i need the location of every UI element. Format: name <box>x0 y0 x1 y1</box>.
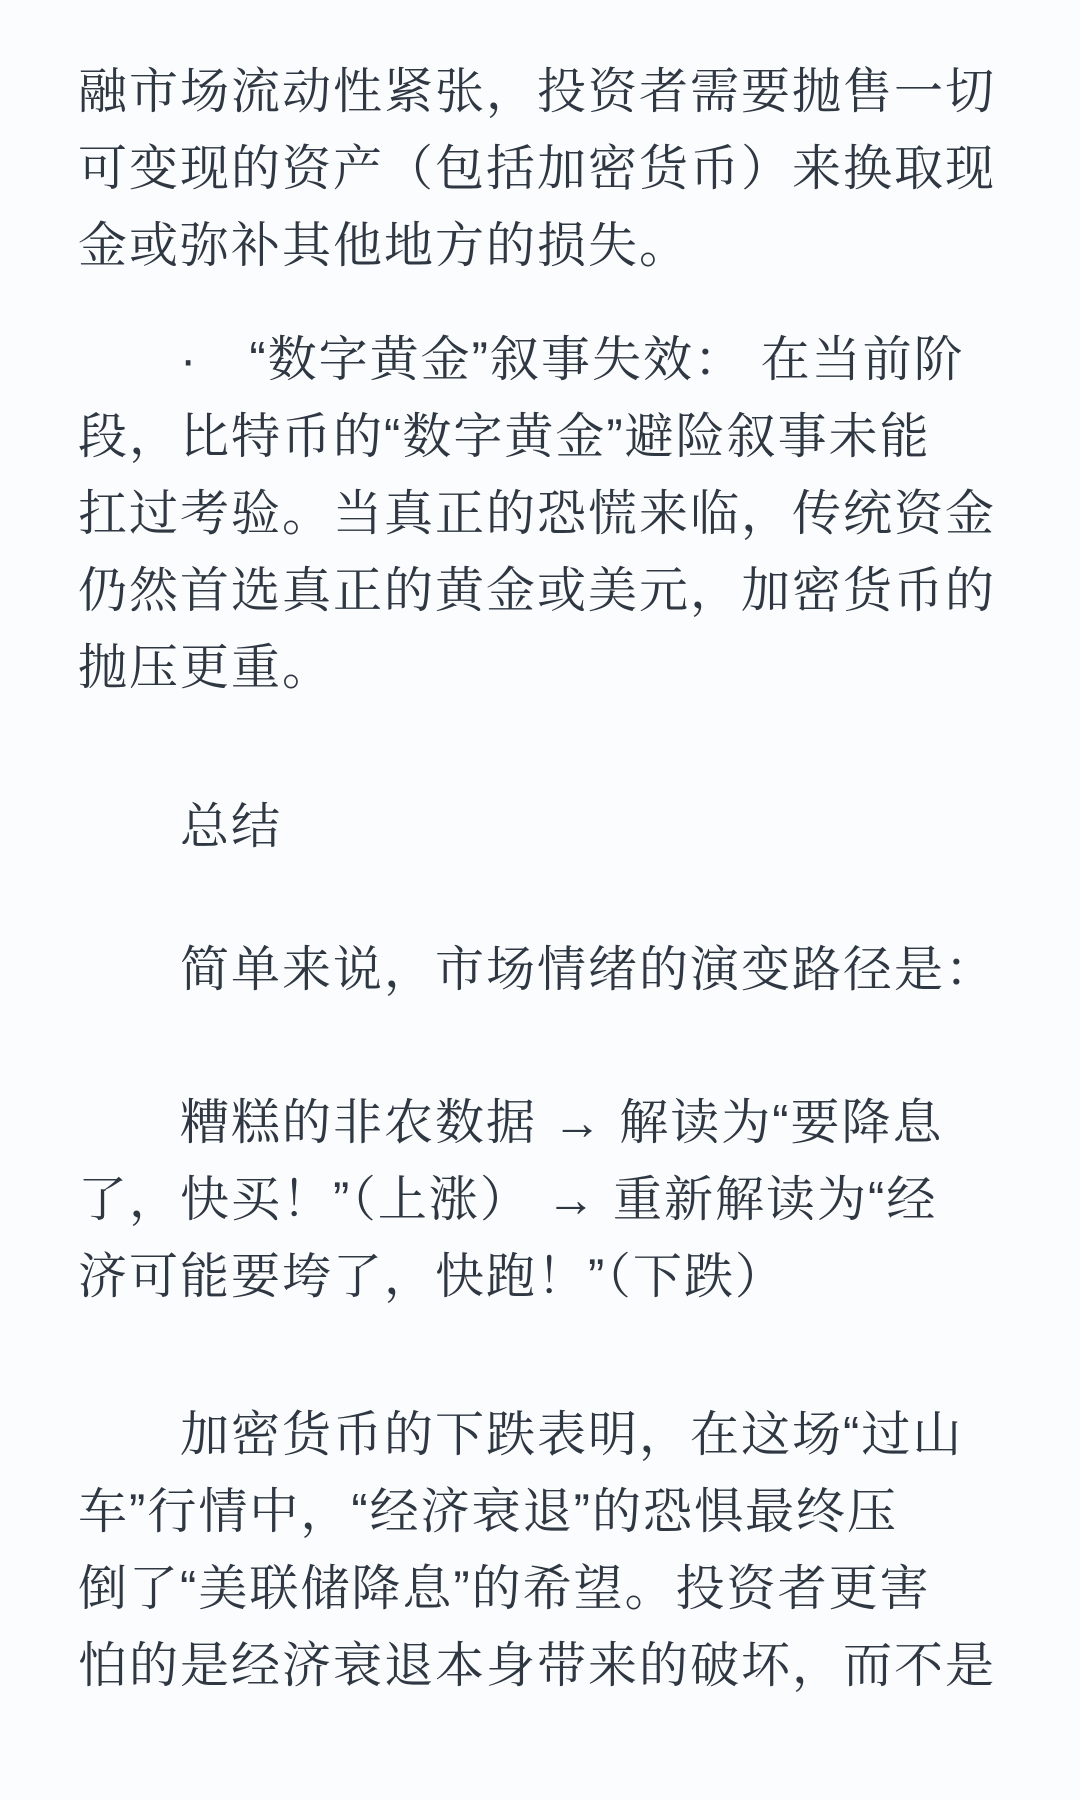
section-heading-summary: 总结 <box>78 789 1010 866</box>
article-body: 融市场流动性紧张，投资者需要抛售一切 可变现的资产（包括加密货币）来换取现 金或… <box>0 0 1080 1800</box>
bullet-digital-gold-narrative: · “数字黄金”叙事失效： 在当前阶 段，比特币的“数字黄金”避险叙事未能 扛过… <box>78 322 1010 707</box>
paragraph-sentiment-path-intro: 简单来说，市场情绪的演变路径是： <box>78 932 1010 1009</box>
paragraph-liquidity-squeeze: 融市场流动性紧张，投资者需要抛售一切 可变现的资产（包括加密货币）来换取现 金或… <box>78 54 1010 285</box>
paragraph-sentiment-sequence: 糟糕的非农数据 → 解读为“要降息 了，快买！”（上涨） → 重新解读为“经 济… <box>78 1085 1010 1316</box>
paragraph-conclusion: 加密货币的下跌表明，在这场“过山 车”行情中，“经济衰退”的恐惧最终压 倒了“美… <box>78 1397 1010 1705</box>
